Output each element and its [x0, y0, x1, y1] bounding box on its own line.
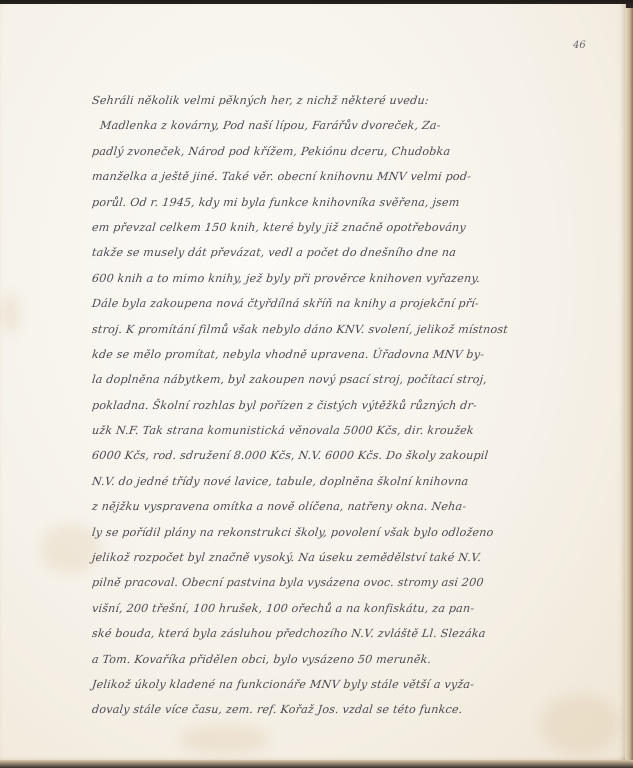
text-line: pilně pracoval. Obecní pastvina byla vys…: [91, 570, 574, 595]
text-line: manželka a ještě jiné. Také věr. obecní …: [91, 164, 574, 189]
text-line: takže se musely dát převázat, vedl a poč…: [91, 240, 574, 265]
text-line: užk N.F. Tak strana komunistická věnoval…: [91, 418, 574, 443]
text-line: Madlenka z kovárny, Pod naší lípou, Fará…: [91, 113, 574, 138]
text-line: ské bouda, která byla zásluhou předchozí…: [91, 621, 574, 646]
paper-stain: [0, 294, 20, 334]
text-line: 6000 Kčs, rod. sdružení 8.000 Kčs, N.V. …: [91, 443, 574, 468]
paper-stain: [180, 724, 270, 754]
page-edge-right: [625, 8, 633, 760]
text-line: pokladna. Školní rozhlas byl pořízen z č…: [91, 393, 574, 418]
text-line: Dále byla zakoupena nová čtyřdílná skříň…: [91, 291, 574, 316]
page-edge-bottom: [0, 760, 633, 768]
text-line: porůl. Od r. 1945, kdy mi byla funkce kn…: [91, 190, 574, 215]
text-line: višní, 200 třešní, 100 hrušek, 100 ořech…: [91, 596, 574, 621]
text-line: stroj. K promítání filmů však nebylo dán…: [91, 317, 574, 342]
text-line: kde se mělo promítat, nebyla vhodně upra…: [91, 342, 574, 367]
text-line: la doplněna nábytkem, byl zakoupen nový …: [91, 367, 574, 392]
text-line: ly se pořídil plány na rekonstrukci škol…: [91, 520, 574, 545]
text-line: Sehráli několik velmi pěkných her, z nic…: [91, 88, 574, 113]
text-line: jelikož rozpočet byl značně vysoký. Na ú…: [91, 545, 574, 570]
text-line: N.V. do jedné třídy nové lavice, tabule,…: [91, 469, 574, 494]
notebook-page: 46 Sehráli několik velmi pěkných her, z …: [0, 4, 626, 762]
text-line: padlý zvoneček, Národ pod křížem, Pekión…: [91, 139, 574, 164]
text-line: 600 knih a to mimo knihy, jež byly při p…: [91, 266, 574, 291]
text-line: a Tom. Kovaříka přidělen obci, bylo vysá…: [91, 647, 574, 672]
text-line: em převzal celkem 150 knih, které byly j…: [91, 215, 574, 240]
scanned-page: 46 Sehráli několik velmi pěkných her, z …: [0, 0, 633, 768]
page-number: 46: [573, 40, 586, 51]
text-line: Jelikož úkoly kladené na funkcionáře MNV…: [91, 672, 574, 697]
text-line: dovaly stále více času, zem. ref. Kořaž …: [91, 697, 574, 722]
handwritten-text: Sehráli několik velmi pěkných her, z nic…: [92, 88, 572, 723]
text-line: z nějžku vyspravena omítka a nově olíčen…: [91, 494, 574, 519]
